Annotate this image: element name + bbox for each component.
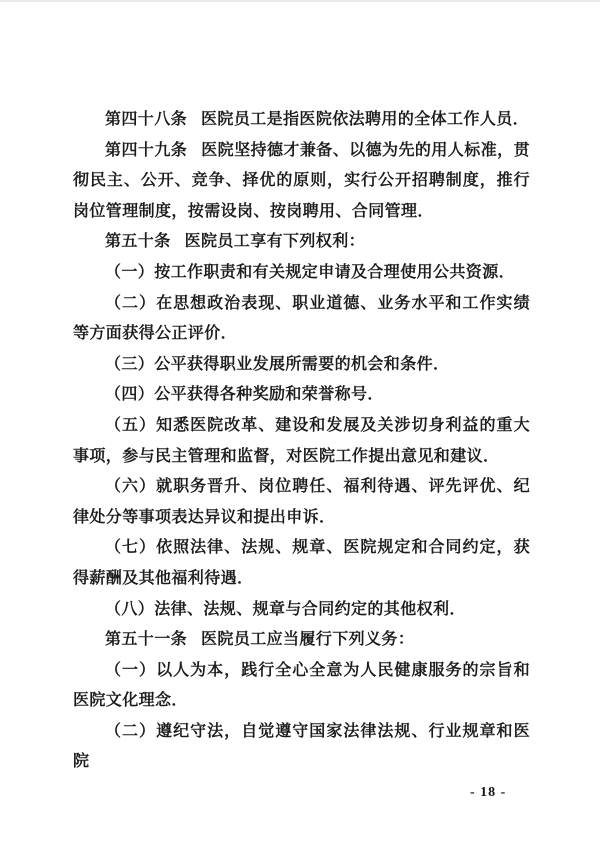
paragraph-item-1: （一）按工作职责和有关规定申请及合理使用公共资源． xyxy=(73,258,530,289)
paragraph-text: （八）法律、法规、规章与合同约定的其他权利． xyxy=(105,601,466,618)
paragraph-item-6: （六）就职务晋升、岗位聘任、福利待遇、评先评优、纪律处分等事项表达异议和提出申诉… xyxy=(73,472,530,533)
paragraph-text: （五）知悉医院改革、建设和发展及关涉切身利益的重大事项，参与民主管理和监督，对医… xyxy=(73,417,530,465)
document-page: 第四十八条医院员工是指医院依法聘用的全体工作人员． 第四十九条医院坚持德才兼备、… xyxy=(0,0,600,851)
paragraph-item-5: （五）知悉医院改革、建设和发展及关涉切身利益的重大事项，参与民主管理和监督，对医… xyxy=(73,411,530,472)
article-number: 第四十九条 xyxy=(105,142,187,159)
paragraph-article-51: 第五十一条医院员工应当履行下列义务： xyxy=(73,625,530,656)
paragraph-item-4: （四）公平获得各种奖励和荣誉称号． xyxy=(73,380,530,411)
paragraph-text: （一）按工作职责和有关规定申请及合理使用公共资源． xyxy=(105,264,515,281)
paragraph-item-7: （七）依照法律、法规、规章、医院规定和合同约定，获得薪酬及其他福利待遇． xyxy=(73,533,530,594)
paragraph-item-8: （八）法律、法规、规章与合同约定的其他权利． xyxy=(73,595,530,626)
paragraph-text: （一）以人为本，践行全心全意为人民健康服务的宗旨和医院文化理念． xyxy=(73,662,530,710)
paragraph-duty-2: （二）遵纪守法，自觉遵守国家法律法规、行业规章和医院 xyxy=(73,717,530,778)
paragraph-text: （四）公平获得各种奖励和荣誉称号． xyxy=(105,386,384,403)
paragraph-text: （二）遵纪守法，自觉遵守国家法律法规、行业规章和医院 xyxy=(73,723,530,771)
paragraph-text: （二）在思想政治表现、职业道德、业务水平和工作实绩等方面获得公正评价． xyxy=(73,295,530,343)
paragraph-text: （七）依照法律、法规、规章、医院规定和合同约定，获得薪酬及其他福利待遇． xyxy=(73,539,530,587)
article-number: 第五十条 xyxy=(105,233,171,250)
paragraph-text: 医院员工应当履行下列义务： xyxy=(201,631,414,648)
article-number: 第五十一条 xyxy=(105,631,187,648)
paragraph-text: 医院员工是指医院依法聘用的全体工作人员． xyxy=(201,111,529,128)
scan-edge xyxy=(0,0,600,2)
paragraph-duty-1: （一）以人为本，践行全心全意为人民健康服务的宗旨和医院文化理念． xyxy=(73,656,530,717)
paragraph-article-50: 第五十条医院员工享有下列权利： xyxy=(73,227,530,258)
article-number: 第四十八条 xyxy=(105,111,187,128)
paragraph-text: （三）公平获得职业发展所需要的机会和条件． xyxy=(105,356,449,373)
document-body: 第四十八条医院员工是指医院依法聘用的全体工作人员． 第四十九条医院坚持德才兼备、… xyxy=(73,105,530,778)
paragraph-article-48: 第四十八条医院员工是指医院依法聘用的全体工作人员． xyxy=(73,105,530,136)
paragraph-article-49: 第四十九条医院坚持德才兼备、以德为先的用人标准，贯彻民主、公开、竞争、择优的原则… xyxy=(73,136,530,228)
paragraph-item-2: （二）在思想政治表现、职业道德、业务水平和工作实绩等方面获得公正评价． xyxy=(73,289,530,350)
paragraph-text: 医院员工享有下列权利： xyxy=(185,233,365,250)
page-number: - 18 - xyxy=(470,785,506,801)
paragraph-text: （六）就职务晋升、岗位聘任、福利待遇、评先评优、纪律处分等事项表达异议和提出申诉… xyxy=(73,478,530,526)
paragraph-item-3: （三）公平获得职业发展所需要的机会和条件． xyxy=(73,350,530,381)
